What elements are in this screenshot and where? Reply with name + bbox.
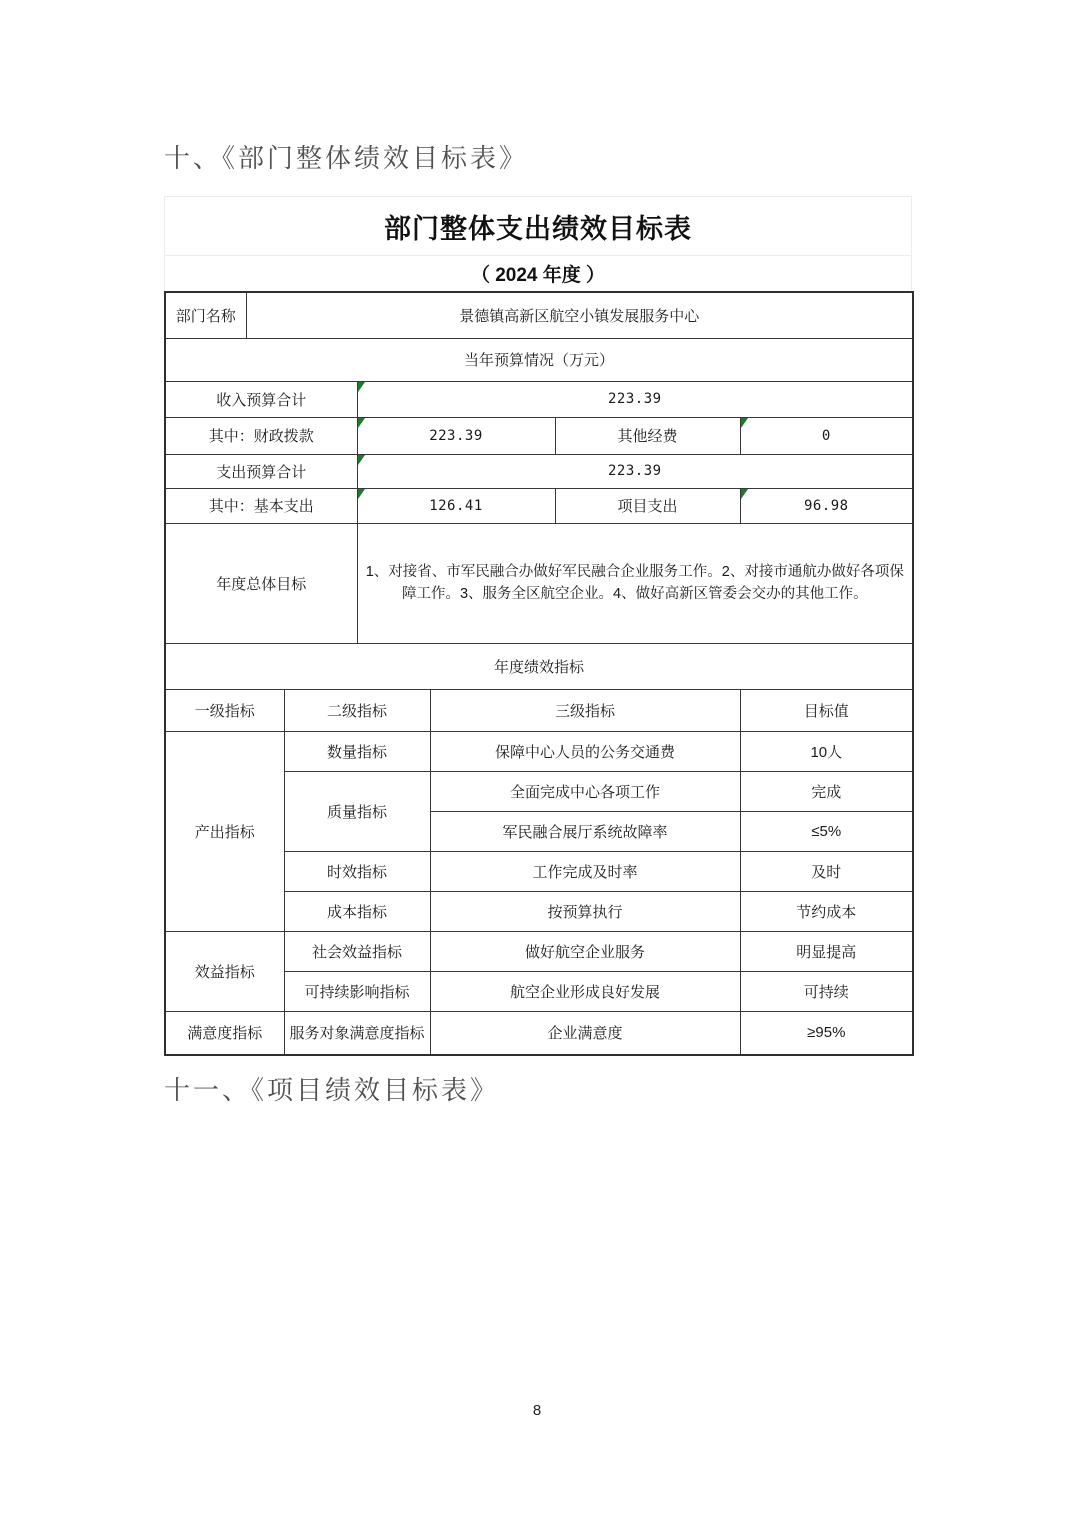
fiscal-label: 其中：财政拨款	[165, 417, 357, 454]
cell-comment-triangle-icon	[358, 455, 365, 465]
level3-indicator: 全面完成中心各项工作	[430, 771, 740, 811]
cell-comment-triangle-icon	[358, 489, 365, 499]
target-value: ≤5%	[740, 811, 913, 851]
target-value: 节约成本	[740, 891, 913, 931]
level1-satisfaction: 满意度指标	[165, 1011, 284, 1055]
section-heading-11: 十一、《项目绩效目标表》	[164, 1070, 499, 1107]
basic-expense-label: 其中：基本支出	[165, 488, 357, 523]
level1-benefit: 效益指标	[165, 931, 284, 1011]
table-row: 年度总体目标 1、对接省、市军民融合办做好军民融合企业服务工作。2、对接市通航办…	[165, 523, 913, 643]
level3-indicator: 按预算执行	[430, 891, 740, 931]
header-level1: 一级指标	[165, 689, 284, 731]
cell-comment-triangle-icon	[358, 382, 365, 392]
level2-sustainability: 可持续影响指标	[284, 971, 430, 1011]
annual-goal-text: 1、对接省、市军民融合办做好军民融合企业服务工作。2、对接市通航办做好各项保障工…	[357, 523, 913, 643]
expense-total-label: 支出预算合计	[165, 454, 357, 488]
target-value: 可持续	[740, 971, 913, 1011]
performance-target-table: 部门名称 景德镇高新区航空小镇发展服务中心 当年预算情况（万元） 收入预算合计 …	[164, 291, 914, 1056]
header-level2: 二级指标	[284, 689, 430, 731]
level2-social-benefit: 社会效益指标	[284, 931, 430, 971]
other-funds-value: 0	[740, 417, 913, 454]
target-value: ≥95%	[740, 1011, 913, 1055]
document-page: 十、《部门整体绩效目标表》 部门整体支出绩效目标表 （ 2024 年度 ） 部门…	[0, 0, 1074, 1520]
level2-quality: 质量指标	[284, 771, 430, 851]
indicator-row: 效益指标 社会效益指标 做好航空企业服务 明显提高	[165, 931, 913, 971]
level2-cost: 成本指标	[284, 891, 430, 931]
income-total-number: 223.39	[608, 391, 662, 407]
other-funds-number: 0	[822, 428, 831, 444]
table-title: 部门整体支出绩效目标表	[165, 197, 911, 256]
section-heading-10: 十、《部门整体绩效目标表》	[164, 138, 528, 175]
expense-total-value: 223.39	[357, 454, 913, 488]
department-name: 景德镇高新区航空小镇发展服务中心	[246, 292, 913, 338]
table-row: 支出预算合计 223.39	[165, 454, 913, 488]
table-row: 其中：财政拨款 223.39 其他经费 0	[165, 417, 913, 454]
project-expense-value: 96.98	[740, 488, 913, 523]
cell-comment-triangle-icon	[358, 418, 365, 428]
level2-timeliness: 时效指标	[284, 851, 430, 891]
basic-expense-number: 126.41	[429, 498, 483, 514]
basic-expense-value: 126.41	[357, 488, 555, 523]
target-value: 明显提高	[740, 931, 913, 971]
level3-indicator: 航空企业形成良好发展	[430, 971, 740, 1011]
cell-comment-triangle-icon	[741, 418, 748, 428]
income-total-value: 223.39	[357, 381, 913, 417]
annual-goal-label: 年度总体目标	[165, 523, 357, 643]
level3-indicator: 军民融合展厅系统故障率	[430, 811, 740, 851]
header-target: 目标值	[740, 689, 913, 731]
table-row: 收入预算合计 223.39	[165, 381, 913, 417]
indicator-row: 满意度指标 服务对象满意度指标 企业满意度 ≥95%	[165, 1011, 913, 1055]
level3-indicator: 工作完成及时率	[430, 851, 740, 891]
level3-indicator: 做好航空企业服务	[430, 931, 740, 971]
table-row: 当年预算情况（万元）	[165, 338, 913, 381]
fiscal-number: 223.39	[429, 428, 483, 444]
target-value: 完成	[740, 771, 913, 811]
target-value: 及时	[740, 851, 913, 891]
table-year: （ 2024 年度 ）	[165, 256, 911, 291]
level2-quantity: 数量指标	[284, 731, 430, 771]
level1-output: 产出指标	[165, 731, 284, 931]
page-number: 8	[0, 1402, 1074, 1419]
budget-section-title: 当年预算情况（万元）	[165, 338, 913, 381]
income-total-label: 收入预算合计	[165, 381, 357, 417]
fiscal-value: 223.39	[357, 417, 555, 454]
indicator-header-row: 一级指标 二级指标 三级指标 目标值	[165, 689, 913, 731]
table-row: 年度绩效指标	[165, 643, 913, 689]
level2-service-satisfaction: 服务对象满意度指标	[284, 1011, 430, 1055]
table-row: 部门名称 景德镇高新区航空小镇发展服务中心	[165, 292, 913, 338]
target-value: 10人	[740, 731, 913, 771]
expense-total-number: 223.39	[608, 463, 662, 479]
indicators-section-title: 年度绩效指标	[165, 643, 913, 689]
level3-indicator: 企业满意度	[430, 1011, 740, 1055]
cell-comment-triangle-icon	[741, 489, 748, 499]
project-expense-number: 96.98	[804, 498, 849, 514]
table-row: 其中：基本支出 126.41 项目支出 96.98	[165, 488, 913, 523]
other-funds-label: 其他经费	[555, 417, 740, 454]
department-label: 部门名称	[165, 292, 246, 338]
header-level3: 三级指标	[430, 689, 740, 731]
table-title-block: 部门整体支出绩效目标表 （ 2024 年度 ）	[164, 196, 912, 291]
indicator-row: 产出指标 数量指标 保障中心人员的公务交通费 10人	[165, 731, 913, 771]
project-expense-label: 项目支出	[555, 488, 740, 523]
level3-indicator: 保障中心人员的公务交通费	[430, 731, 740, 771]
